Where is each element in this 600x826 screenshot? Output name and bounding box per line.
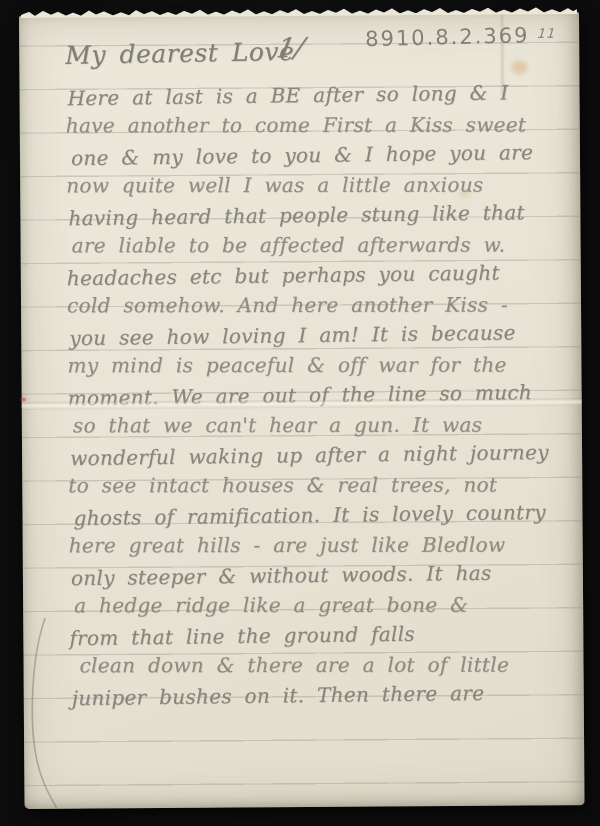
- letter-line: are liable to be affected afterwards w.: [67, 229, 573, 260]
- letter-line: so that we can't hear a gun. It was: [68, 409, 574, 440]
- letter-line: only steeper & without woods. It has: [69, 557, 575, 594]
- letter-line: my mind is peaceful & off war for the: [67, 349, 573, 380]
- salutation-row: My dearest Love 1/: [65, 37, 294, 70]
- photo-background: 8910.8.2.36911 My dearest Love 1/ Here a…: [0, 0, 600, 826]
- letter-line: ghosts of ramification. It is lovely cou…: [68, 497, 574, 534]
- letter-page: 8910.8.2.36911 My dearest Love 1/ Here a…: [19, 12, 585, 809]
- letter-line: from that line the ground falls: [69, 617, 575, 654]
- letter-line: have another to come First a Kiss sweet: [66, 109, 572, 140]
- red-edge-fleck: [21, 398, 26, 401]
- letter-line: a hedge ridge like a great bone &: [69, 589, 575, 620]
- letter-line: juniper bushes on it. Then there are: [70, 677, 576, 714]
- salutation: My dearest Love: [65, 37, 294, 70]
- left-crease-mark: [23, 616, 84, 811]
- catalogue-reference: 8910.8.2.36911: [365, 23, 555, 52]
- letter-line: wonderful waking up after a night journe…: [68, 437, 574, 474]
- letter-line: Here at last is a BE after so long & I: [65, 77, 571, 114]
- letter-line: headaches etc but perhaps you caught: [67, 257, 573, 294]
- letter-line: you see how loving I am! It is because: [67, 317, 573, 354]
- letter-line: having heard that people stung like that: [66, 197, 572, 234]
- letter-line: cold somehow. And here another Kiss -: [67, 289, 573, 320]
- letter-line: to see intact houses & real trees, not: [68, 469, 574, 500]
- letter-line: now quite well I was a little anxious: [66, 169, 572, 200]
- letter-body: Here at last is a BE after so long & Iha…: [65, 78, 575, 712]
- letter-line: one & my love to you & I hope you are: [66, 137, 572, 174]
- stain-spot-faint: [458, 189, 470, 199]
- letter-line: here great hills - are just like Bledlow: [69, 529, 575, 560]
- letter-line: clean down & there are a lot of little: [70, 649, 576, 680]
- catalogue-number: 8910.8.2.369: [365, 23, 530, 51]
- stain-spot: [511, 60, 527, 74]
